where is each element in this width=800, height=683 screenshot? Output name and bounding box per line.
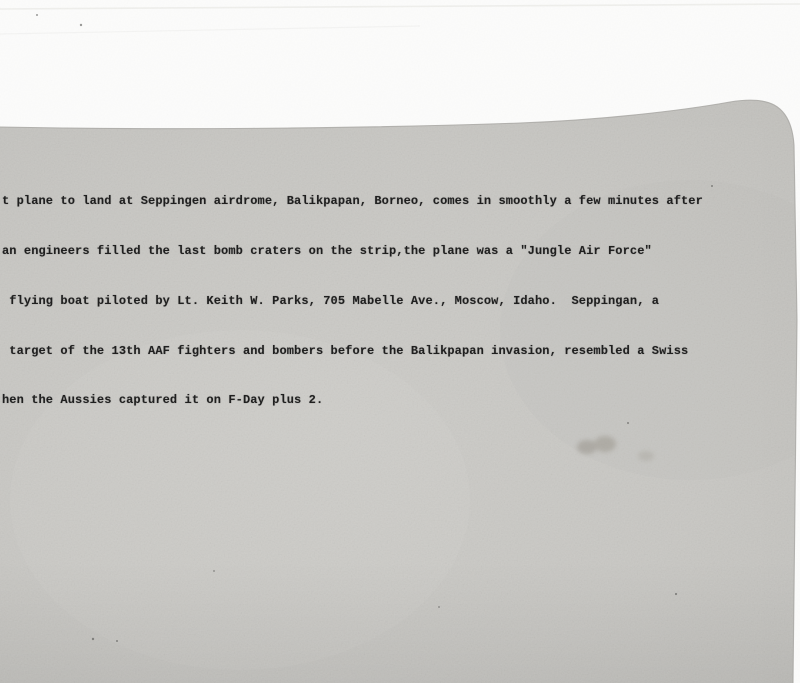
- caption-line-5: hen the Aussies captured it on F-Day plu…: [2, 392, 703, 409]
- caption-line-1: t plane to land at Seppingen airdrome, B…: [2, 193, 703, 210]
- scanned-photo-back: t plane to land at Seppingen airdrome, B…: [0, 0, 800, 683]
- caption-line-2: an engineers filled the last bomb crater…: [2, 243, 703, 260]
- typewritten-caption: t plane to land at Seppingen airdrome, B…: [2, 160, 703, 442]
- caption-line-4: target of the 13th AAF fighters and bomb…: [2, 343, 703, 360]
- caption-line-3: flying boat piloted by Lt. Keith W. Park…: [2, 293, 703, 310]
